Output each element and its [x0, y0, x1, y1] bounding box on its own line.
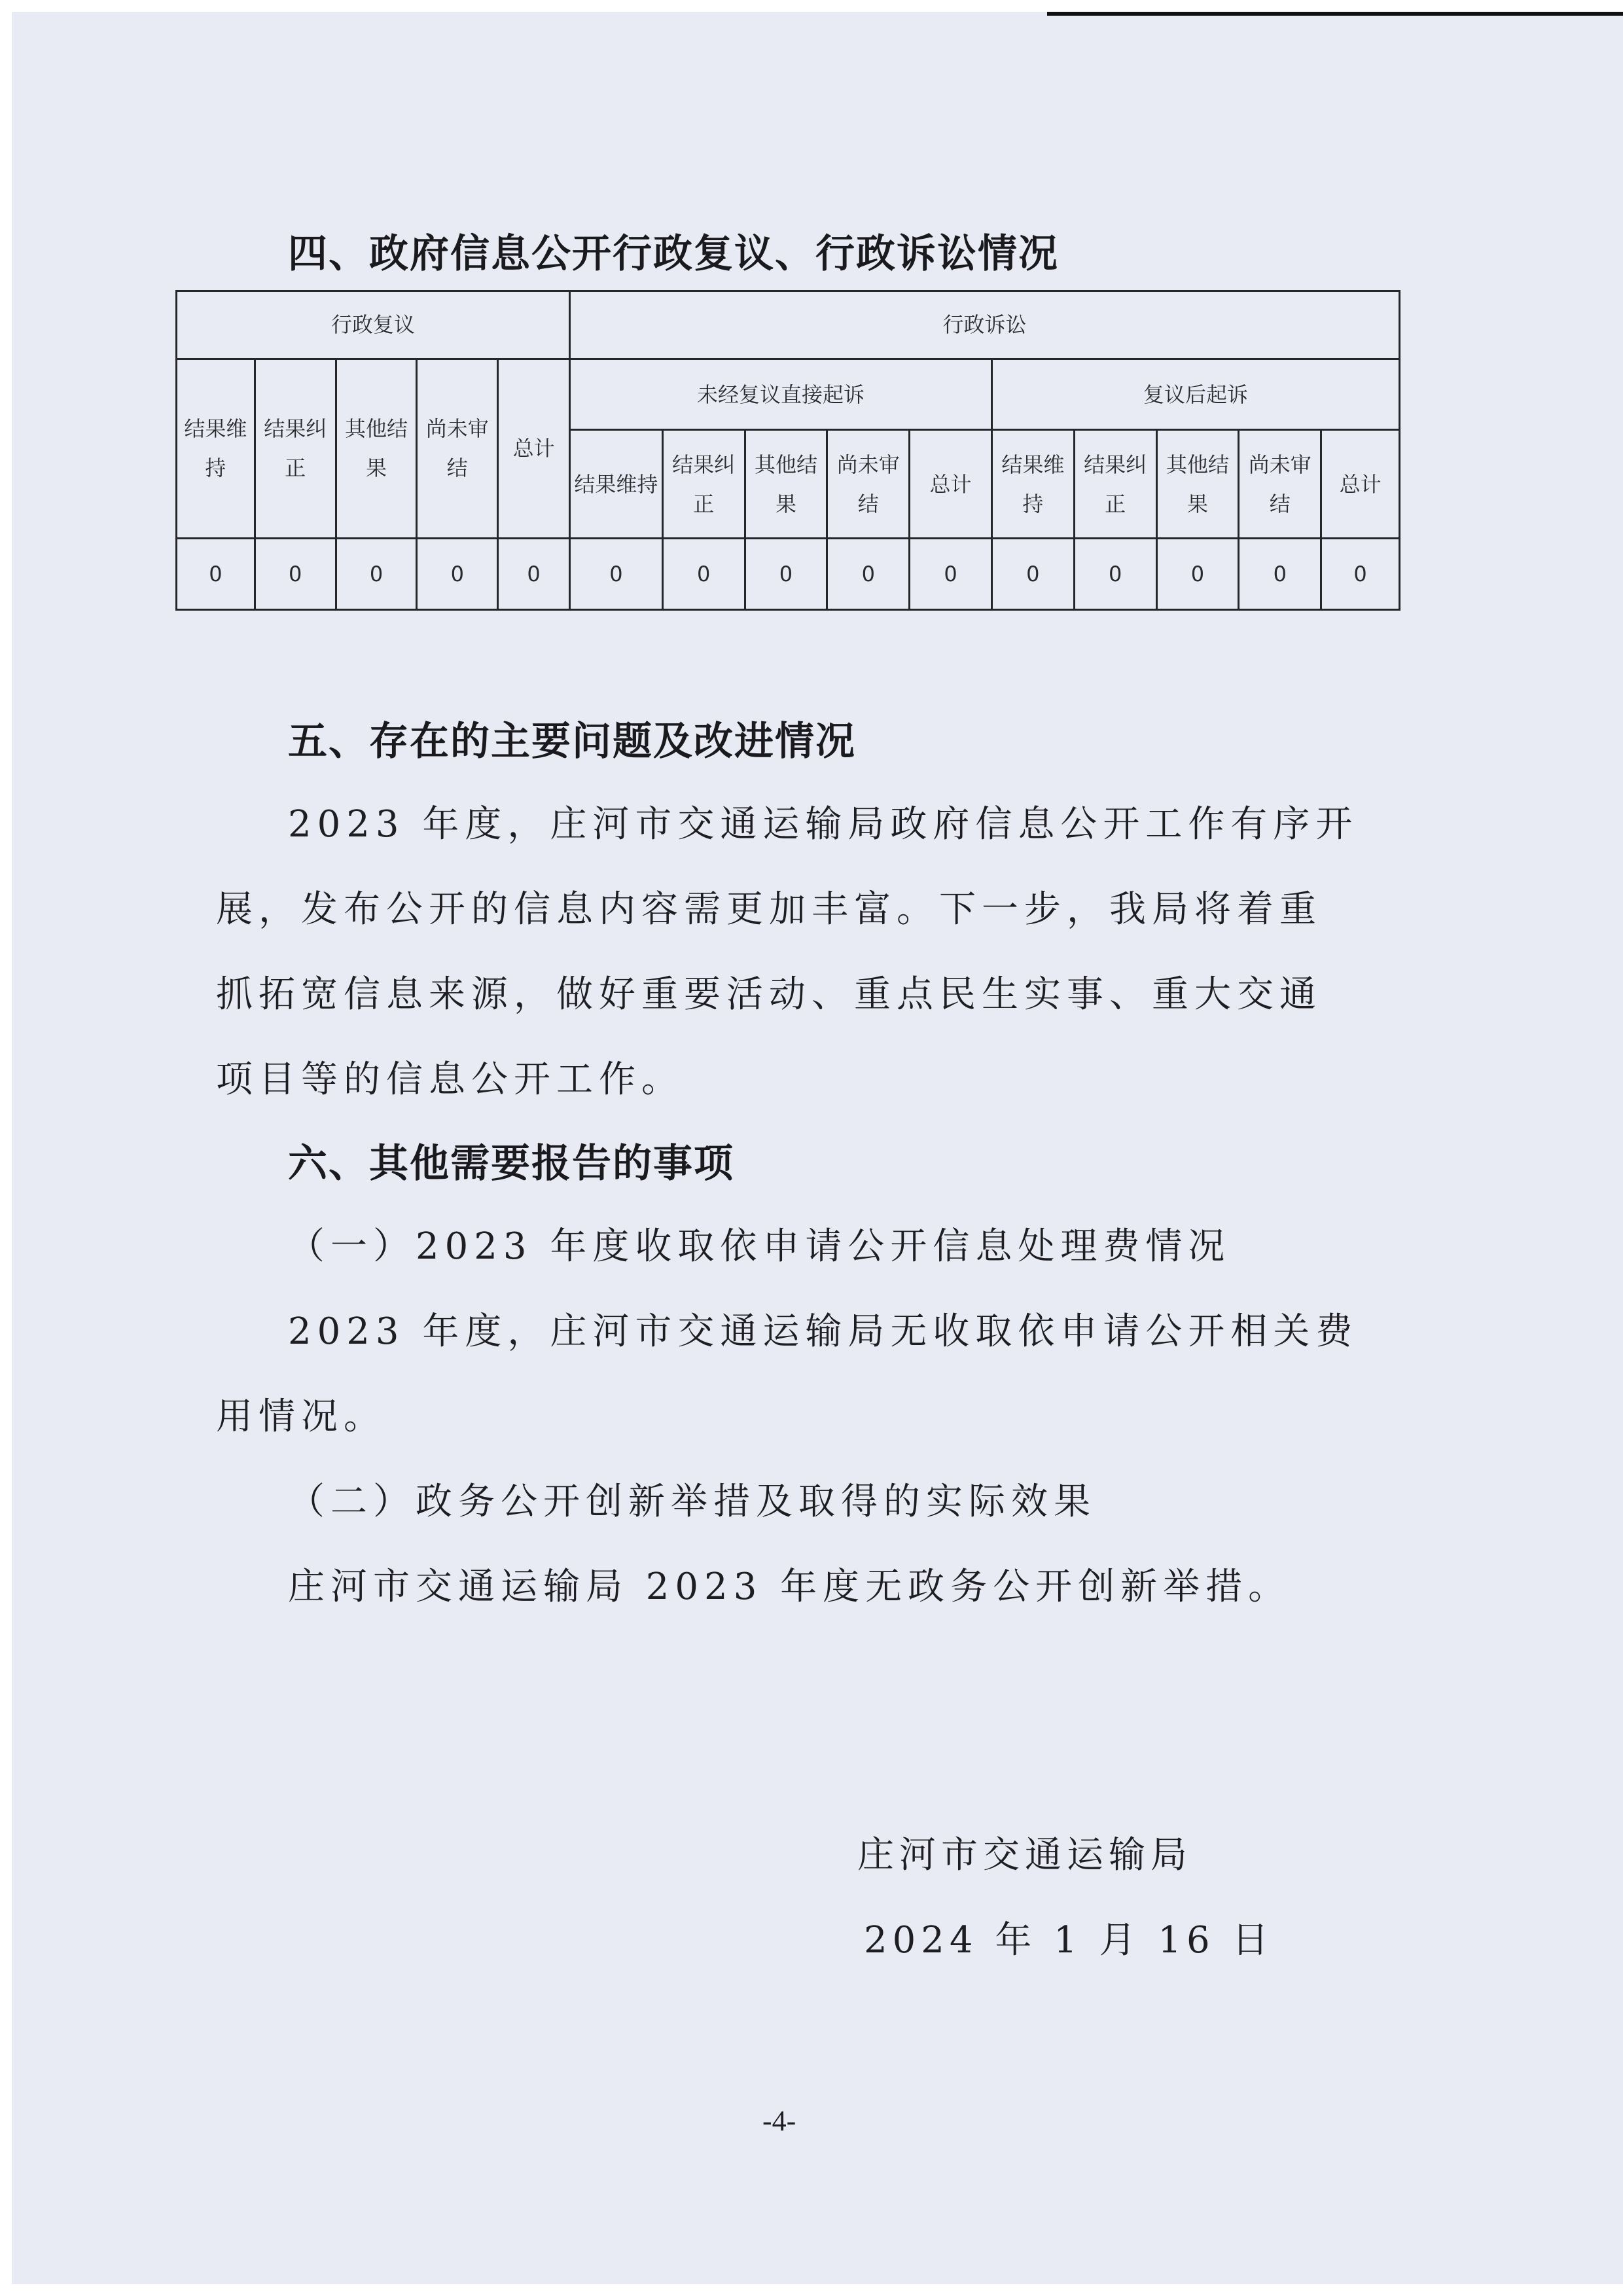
col-direct-upheld: 结果维持: [570, 430, 663, 539]
cell-value: 0: [1156, 539, 1239, 610]
cell-value: 0: [991, 539, 1074, 610]
cell-value: 0: [827, 539, 910, 610]
cell-value: 0: [255, 539, 336, 610]
signature-date: 2024 年 1 月 16 日: [864, 1911, 1274, 1964]
header-admin-litigation: 行政诉讼: [570, 291, 1400, 359]
section5-heading: 五、存在的主要问题及改进情况: [288, 710, 856, 766]
col-review-other: 其他结果: [336, 359, 417, 539]
col-review-pending: 尚未审结: [417, 359, 498, 539]
header-admin-review: 行政复议: [177, 291, 570, 359]
section5-line-4: 项目等的信息公开工作。: [216, 1050, 684, 1103]
scan-edge: [1047, 12, 1623, 16]
section5-line-3: 抓拓宽信息来源，做好重要活动、重点民生实事、重大交通: [216, 965, 1322, 1018]
col-after-pending: 尚未审结: [1239, 430, 1321, 539]
cell-value: 0: [745, 539, 827, 610]
signature-org: 庄河市交通运输局: [857, 1826, 1192, 1878]
table-row-values: 0 0 0 0 0 0 0 0 0 0 0 0 0 0 0: [177, 539, 1400, 610]
cell-value: 0: [910, 539, 992, 610]
section6-sub1-line-2: 用情况。: [216, 1388, 386, 1440]
section6-sub1-title: （一）2023 年度收取依申请公开信息处理费情况: [288, 1217, 1230, 1270]
cell-value: 0: [177, 539, 255, 610]
col-after-corrected: 结果纠正: [1074, 430, 1156, 539]
cell-value: 0: [1239, 539, 1321, 610]
header-suit-after-review: 复议后起诉: [991, 359, 1399, 430]
page-number: -4-: [762, 2104, 796, 2138]
section6-sub1-line-1: 2023 年度，庄河市交通运输局无收取依申请公开相关费: [288, 1302, 1358, 1355]
cell-value: 0: [336, 539, 417, 610]
col-review-total: 总计: [498, 359, 570, 539]
section4-heading: 四、政府信息公开行政复议、行政诉讼情况: [288, 223, 1059, 279]
col-direct-other: 其他结果: [745, 430, 827, 539]
col-after-other: 其他结果: [1156, 430, 1239, 539]
cell-value: 0: [662, 539, 745, 610]
review-litigation-table: 行政复议 行政诉讼 结果维持 结果纠正 其他结果 尚未审结 总计 未经复议直接起…: [175, 290, 1400, 611]
col-after-upheld: 结果维持: [991, 430, 1074, 539]
col-review-corrected: 结果纠正: [255, 359, 336, 539]
col-direct-corrected: 结果纠正: [662, 430, 745, 539]
section5-line-1: 2023 年度，庄河市交通运输局政府信息公开工作有序开: [288, 795, 1358, 848]
section6-sub2-line: 庄河市交通运输局 2023 年度无政务公开创新举措。: [288, 1558, 1291, 1610]
col-review-upheld: 结果维持: [177, 359, 255, 539]
col-after-total: 总计: [1321, 430, 1400, 539]
section6-sub2-title: （二）政务公开创新举措及取得的实际效果: [288, 1473, 1096, 1525]
col-direct-pending: 尚未审结: [827, 430, 910, 539]
header-direct-suit: 未经复议直接起诉: [570, 359, 992, 430]
section5-line-2: 展，发布公开的信息内容需更加丰富。下一步，我局将着重: [216, 880, 1322, 933]
section6-heading: 六、其他需要报告的事项: [288, 1132, 734, 1189]
col-direct-total: 总计: [910, 430, 992, 539]
cell-value: 0: [498, 539, 570, 610]
cell-value: 0: [1074, 539, 1156, 610]
cell-value: 0: [570, 539, 663, 610]
cell-value: 0: [1321, 539, 1400, 610]
cell-value: 0: [417, 539, 498, 610]
